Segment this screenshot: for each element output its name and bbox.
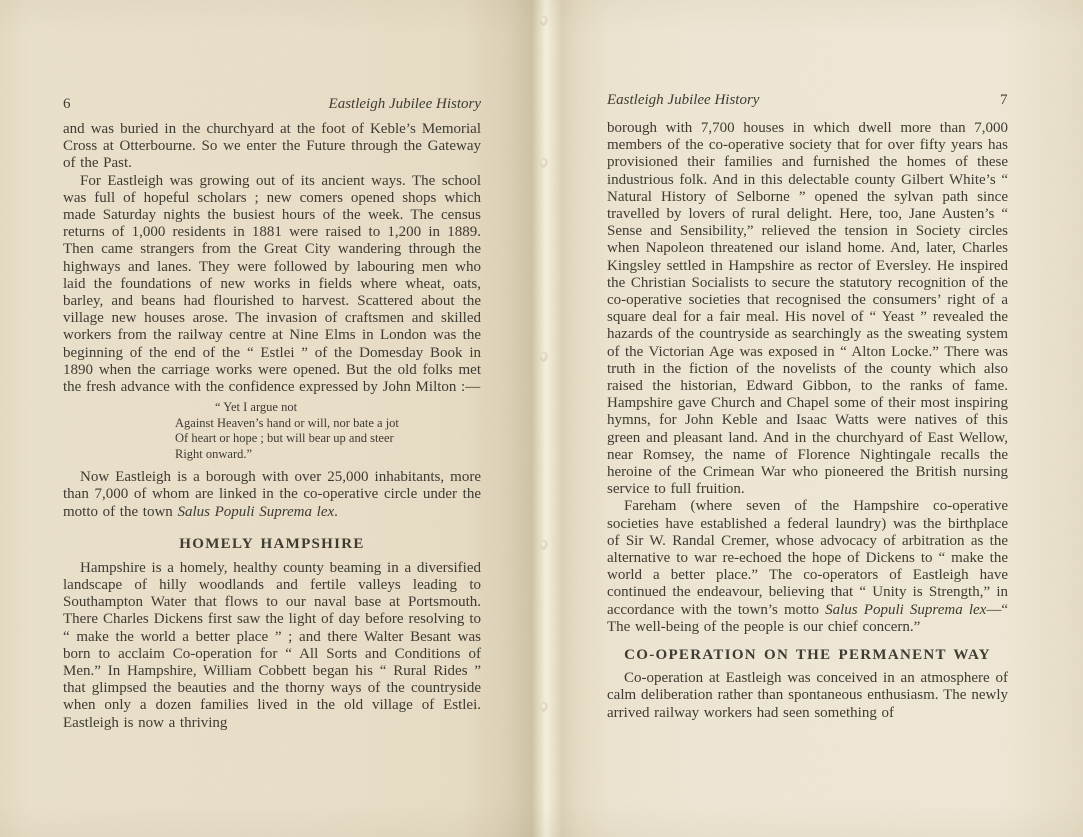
paragraph-keble-continuation: and was buried in the churchyard at the … [63,121,481,173]
verse-line: “ Yet I argue not [175,400,481,416]
book-spread: 6 Eastleigh Jubilee History and was buri… [0,0,1083,837]
section-heading-homely-hampshire: HOMELY HAMPSHIRE [63,535,481,553]
verse-line: Right onward.” [175,447,481,463]
section-heading-cooperation-permanent-way: CO-OPERATION ON THE PERMANENT WAY [607,646,1008,664]
right-page: Eastleigh Jubilee History 7 borough with… [607,92,1008,722]
binding-stitch [540,352,548,362]
right-page-header: Eastleigh Jubilee History 7 [607,92,1008,109]
verse-line: Against Heaven’s hand or will, nor bate … [175,416,481,432]
binding-stitch [540,702,548,712]
milton-verse-quote: “ Yet I argue not Against Heaven’s hand … [175,400,481,462]
left-page-number: 6 [63,96,71,113]
binding-stitch [540,540,548,550]
paragraph-borough-motto: Now Eastleigh is a borough with over 25,… [63,469,481,521]
binding-stitch [540,158,548,168]
left-running-title: Eastleigh Jubilee History [329,96,481,113]
binding-stitch [540,16,548,26]
town-motto-latin: Salus Populi Suprema lex [825,602,986,618]
paragraph-text: Fareham (where seven of the Hampshire co… [607,498,1008,617]
paragraph-cooperation-conceived: Co-operation at Eastleigh was conceived … [607,670,1008,722]
paragraph-fareham-cremer: Fareham (where seven of the Hampshire co… [607,498,1008,636]
paragraph-hampshire-county: Hampshire is a homely, healthy county be… [63,560,481,732]
left-page: 6 Eastleigh Jubilee History and was buri… [63,96,481,732]
right-page-number: 7 [1000,92,1008,109]
verse-line: Of heart or hope ; but will bear up and … [175,431,481,447]
right-running-title: Eastleigh Jubilee History [607,92,759,109]
paragraph-text: . [334,504,338,520]
paragraph-borough-continuation: borough with 7,700 houses in which dwell… [607,120,1008,498]
town-motto-latin: Salus Populi Suprema lex [177,504,334,520]
left-page-header: 6 Eastleigh Jubilee History [63,96,481,113]
paragraph-eastleigh-growth: For Eastleigh was growing out of its anc… [63,173,481,397]
